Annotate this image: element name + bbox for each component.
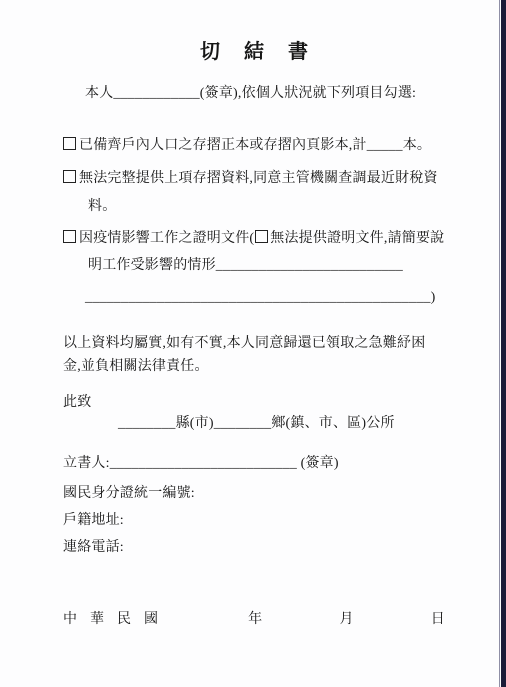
salutation: 此致 bbox=[63, 393, 445, 413]
intro-line: 本人____________(簽章),依個人狀況就下列項目勾選: bbox=[63, 84, 445, 104]
checkbox-item-tax-data-wrap: 料。 bbox=[63, 197, 445, 217]
declaration-line-2: 金,並負相關法律責任。 bbox=[63, 357, 445, 377]
checkbox-item-bankbook-label: 已備齊戶內人口之存摺正本或存摺內頁影本,計_____本。 bbox=[79, 138, 431, 153]
checkbox-item-proof-label-before: 因疫情影響工作之證明文件( bbox=[79, 231, 254, 246]
checkbox-item-tax-data-label: 無法完整提供上項存摺資料,同意主管機關查調最近財稅資 bbox=[79, 171, 438, 186]
checkbox-item-proof-label-after: 無法提供證明文件,請簡要說 bbox=[270, 231, 444, 246]
roc-era-label: 中華民國 bbox=[63, 610, 171, 630]
checkbox-bankbook[interactable] bbox=[63, 137, 76, 150]
checkbox-item-proof-wrap2: ________________________________________… bbox=[63, 288, 445, 308]
page-edge-stripe bbox=[501, 0, 506, 687]
registered-address-line: 戶籍地址: bbox=[63, 511, 445, 531]
checkbox-item-proof: 因疫情影響工作之證明文件(無法提供證明文件,請簡要說 bbox=[63, 229, 445, 249]
checkbox-tax-data[interactable] bbox=[63, 170, 76, 183]
day-label: 日 bbox=[431, 610, 445, 630]
document-page: 切結書 本人____________(簽章),依個人狀況就下列項目勾選: 已備齊… bbox=[0, 0, 506, 687]
month-label: 月 bbox=[339, 610, 353, 630]
roc-date-line: 中華民國 年 月 日 bbox=[63, 610, 445, 630]
checkbox-no-proof[interactable] bbox=[255, 230, 268, 243]
checkbox-item-bankbook: 已備齊戶內人口之存摺正本或存摺內頁影本,計_____本。 bbox=[63, 136, 445, 156]
page-title: 切結書 bbox=[63, 40, 445, 64]
checkbox-proof[interactable] bbox=[63, 230, 76, 243]
page-edge-hairline bbox=[499, 0, 500, 687]
contact-phone-line: 連絡電話: bbox=[63, 538, 445, 558]
office-line: ________縣(市)________鄉(鎮、市、區)公所 bbox=[63, 414, 445, 434]
year-label: 年 bbox=[248, 610, 262, 630]
checkbox-item-proof-wrap1: 明工作受影響的情形__________________________ bbox=[63, 256, 445, 276]
national-id-line: 國民身分證統一編號: bbox=[63, 484, 445, 504]
signer-line: 立書人:__________________________ (簽章) bbox=[63, 454, 445, 474]
declaration-line-1: 以上資料均屬實,如有不實,本人同意歸還已領取之急難紓困 bbox=[63, 334, 445, 354]
checkbox-item-tax-data: 無法完整提供上項存摺資料,同意主管機關查調最近財稅資 bbox=[63, 169, 445, 189]
